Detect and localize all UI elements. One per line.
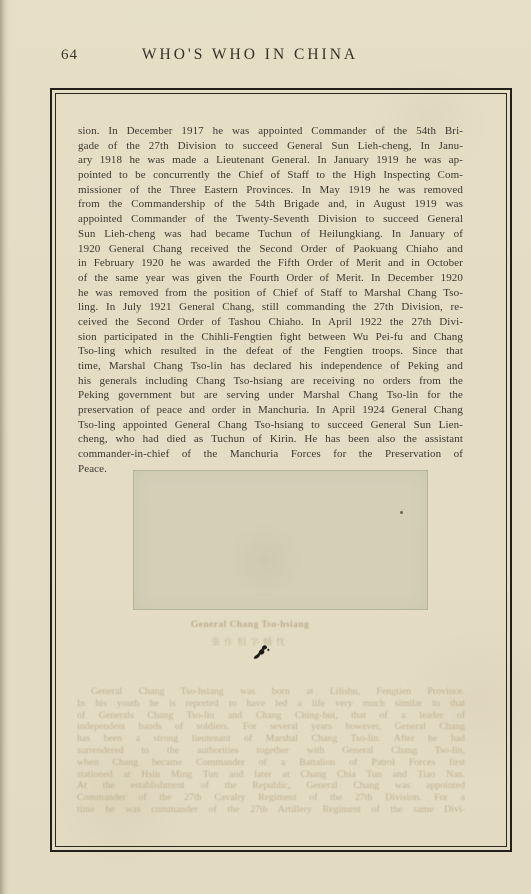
ghost-text-line: has been a strong lieutenant of Marshal …	[77, 733, 465, 745]
ghost-text-line: stationed at Hsin Ming Tun and later at …	[77, 769, 465, 781]
ghost-text-line: time he was commander of the 27th Artill…	[77, 804, 465, 816]
text-line: pointed to be concurrently the Chief of …	[78, 168, 463, 183]
paper-edge-shadow	[0, 0, 9, 894]
text-line: sion. In December 1917 he was appointed …	[78, 124, 463, 139]
text-line: from the Commandership of the 54th Briga…	[78, 197, 463, 212]
ghost-text-line: independent bands of soldiers. For sever…	[77, 721, 465, 733]
ghost-text-line: General Chang Tso-hsiang was born at Lil…	[77, 686, 465, 698]
scanned-book-page: 64 WHO'S WHO IN CHINA sion. In December …	[0, 0, 531, 894]
text-line: Peking government but are serving under …	[78, 388, 463, 403]
ghost-text-showthrough: General Chang Tso-hsiang was born at Lil…	[77, 686, 465, 816]
text-line: in February 1920 he was awarded the Fift…	[78, 256, 463, 271]
ghost-text-line: when Chang became Commander of a Battali…	[77, 757, 465, 769]
text-line: gade of the 27th Division to succeed Gen…	[78, 139, 463, 154]
text-line: cheng, who had died as Tuchun of Kirin. …	[78, 432, 463, 447]
ghost-caption-name: General Chang Tso-hsiang	[145, 619, 355, 630]
text-line: missioner of the Three Eastern Provinces…	[78, 183, 463, 198]
text-line: ceived the Second Order of Tashou Chiaho…	[78, 315, 463, 330]
text-line: ling. In July 1921 General Chang, still …	[78, 300, 463, 315]
text-line: he was removed from the position of Chie…	[78, 286, 463, 301]
text-line: of the same year was given the Fourth Or…	[78, 271, 463, 286]
text-line: preservation of peace and order in Manch…	[78, 403, 463, 418]
ghost-text-line: In his youth he is reported to have led …	[77, 698, 465, 710]
page-number: 64	[61, 47, 78, 64]
ink-speck	[400, 511, 403, 514]
text-line: time, Marshal Chang Tso-lin has declared…	[78, 359, 463, 374]
text-line: his generals including Chang Tso-hsiang …	[78, 374, 463, 389]
running-header-title: WHO'S WHO IN CHINA	[142, 46, 358, 64]
ghost-text-line: surrendered to the authorities together …	[77, 745, 465, 757]
ghost-text-line: At the establishment of the Republic, Ge…	[77, 780, 465, 792]
ghost-text-line: Commander of the 27th Cavalry Regiment o…	[77, 792, 465, 804]
text-line: Sun Lieh-cheng was had became Tuchun of …	[78, 227, 463, 242]
text-line: Tso-ling appointed General Chang Tso-hsi…	[78, 418, 463, 433]
text-line: ary 1918 he was made a Lieutenant Genera…	[78, 153, 463, 168]
ghost-text-line: of Generals Chang Tso-lin and Chang Chin…	[77, 710, 465, 722]
text-line: Tso-ling which resulted in the defeat of…	[78, 344, 463, 359]
text-line: 1920 General Chang received the Second O…	[78, 242, 463, 257]
ghost-photo-showthrough	[133, 470, 428, 610]
text-line: sion participated in the Chihli-Fengtien…	[78, 330, 463, 345]
text-line: appointed Commander of the Twenty-Sevent…	[78, 212, 463, 227]
text-line: commander-in-chief of the Manchuria Forc…	[78, 447, 463, 462]
biography-text: sion. In December 1917 he was appointed …	[78, 124, 463, 477]
